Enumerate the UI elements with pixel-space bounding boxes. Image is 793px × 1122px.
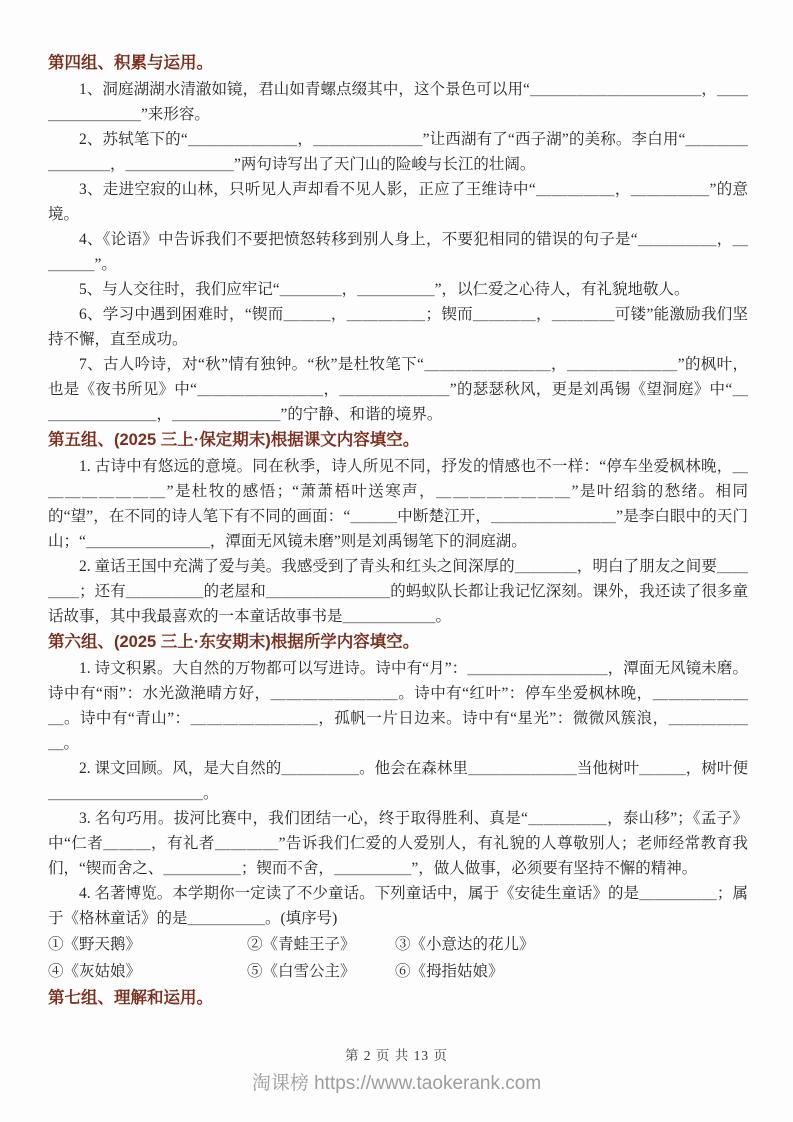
page-number: 第 2 页 共 13 页 (0, 1044, 793, 1064)
question-paragraph: 2、苏轼笔下的“＿＿＿＿＿＿＿，＿＿＿＿＿＿＿”让西湖有了“西子湖”的美称。李白… (48, 127, 748, 177)
question-paragraph: 6、学习中遇到困难时，“锲而＿＿＿，＿＿＿＿＿；锲而＿＿＿＿，＿＿＿＿可镂”能激… (48, 302, 748, 352)
section-heading: 第七组、理解和运用。 (48, 986, 748, 1011)
section-heading: 第五组、(2025 三上·保定期末)根据课文内容填空。 (48, 428, 748, 453)
section-group-7: 第七组、理解和运用。 (48, 986, 748, 1011)
question-paragraph: 7、古人吟诗，对“秋”情有独钟。“秋”是杜牧笔下“＿＿＿＿＿＿＿＿，＿＿＿＿＿＿… (48, 352, 748, 427)
section-heading: 第六组、(2025 三上·东安期末)根据所学内容填空。 (48, 630, 748, 655)
section-heading: 第四组、积累与运用。 (48, 51, 748, 76)
option-item: ③《小意达的花儿》 (395, 931, 535, 958)
option-item: ②《青蛙王子》 (247, 931, 395, 958)
option-item: ⑥《拇指姑娘》 (395, 958, 504, 985)
question-paragraph: 3、走进空寂的山林，只听见人声却看不见人影，正应了王维诗中“＿＿＿＿＿，＿＿＿＿… (48, 177, 748, 227)
option-item: ①《野天鹅》 (48, 931, 247, 958)
option-item: ④《灰姑娘》 (48, 958, 247, 985)
worksheet-page: 第四组、积累与运用。 1、洞庭湖湖水清澈如镜，君山如青螺点缀其中，这个景色可以用… (0, 0, 793, 1122)
options-row: ④《灰姑娘》 ⑤《白雪公主》 ⑥《拇指姑娘》 (48, 958, 748, 985)
question-paragraph: 1、洞庭湖湖水清澈如镜，君山如青螺点缀其中，这个景色可以用“＿＿＿＿＿＿＿＿＿＿… (48, 77, 748, 127)
section-group-4: 第四组、积累与运用。 1、洞庭湖湖水清澈如镜，君山如青螺点缀其中，这个景色可以用… (48, 51, 748, 427)
watermark-text: 淘课榜 https://www.taokerank.com (0, 1068, 793, 1095)
question-paragraph: 2. 课文回顾。风，是大自然的＿＿＿＿＿。他会在森林里＿＿＿＿＿＿＿当他树叶＿＿… (48, 756, 748, 806)
question-paragraph: 2. 童话王国中充满了爱与美。我感受到了青头和红头之间深厚的＿＿＿＿，明白了朋友… (48, 554, 748, 629)
option-item: ⑤《白雪公主》 (247, 958, 395, 985)
question-paragraph: 1. 诗文积累。大自然的万物都可以写进诗。诗中有“月”：＿＿＿＿＿＿＿＿＿，潭面… (48, 656, 748, 756)
question-paragraph: 4、《论语》中告诉我们不要把愤怒转移到别人身上，不要犯相同的错误的句子是“＿＿＿… (48, 227, 748, 277)
question-paragraph: 3. 名句巧用。拔河比赛中，我们团结一心，终于取得胜利、真是“＿＿＿＿＿，泰山移… (48, 806, 748, 881)
section-group-5: 第五组、(2025 三上·保定期末)根据课文内容填空。 1. 古诗中有悠远的意境… (48, 428, 748, 629)
question-paragraph: 4. 名著博览。本学期你一定读了不少童话。下列童话中，属于《安徒生童话》的是＿＿… (48, 881, 748, 931)
question-paragraph: 5、与人交往时，我们应牢记“＿＿＿＿，＿＿＿＿＿”，以仁爱之心待人，有礼貌地敬人… (48, 277, 748, 302)
section-group-6: 第六组、(2025 三上·东安期末)根据所学内容填空。 1. 诗文积累。大自然的… (48, 630, 748, 985)
options-row: ①《野天鹅》 ②《青蛙王子》 ③《小意达的花儿》 (48, 931, 748, 958)
question-paragraph: 1. 古诗中有悠远的意境。同在秋季，诗人所见不同，抒发的情感也不一样：“停车坐爱… (48, 454, 748, 554)
